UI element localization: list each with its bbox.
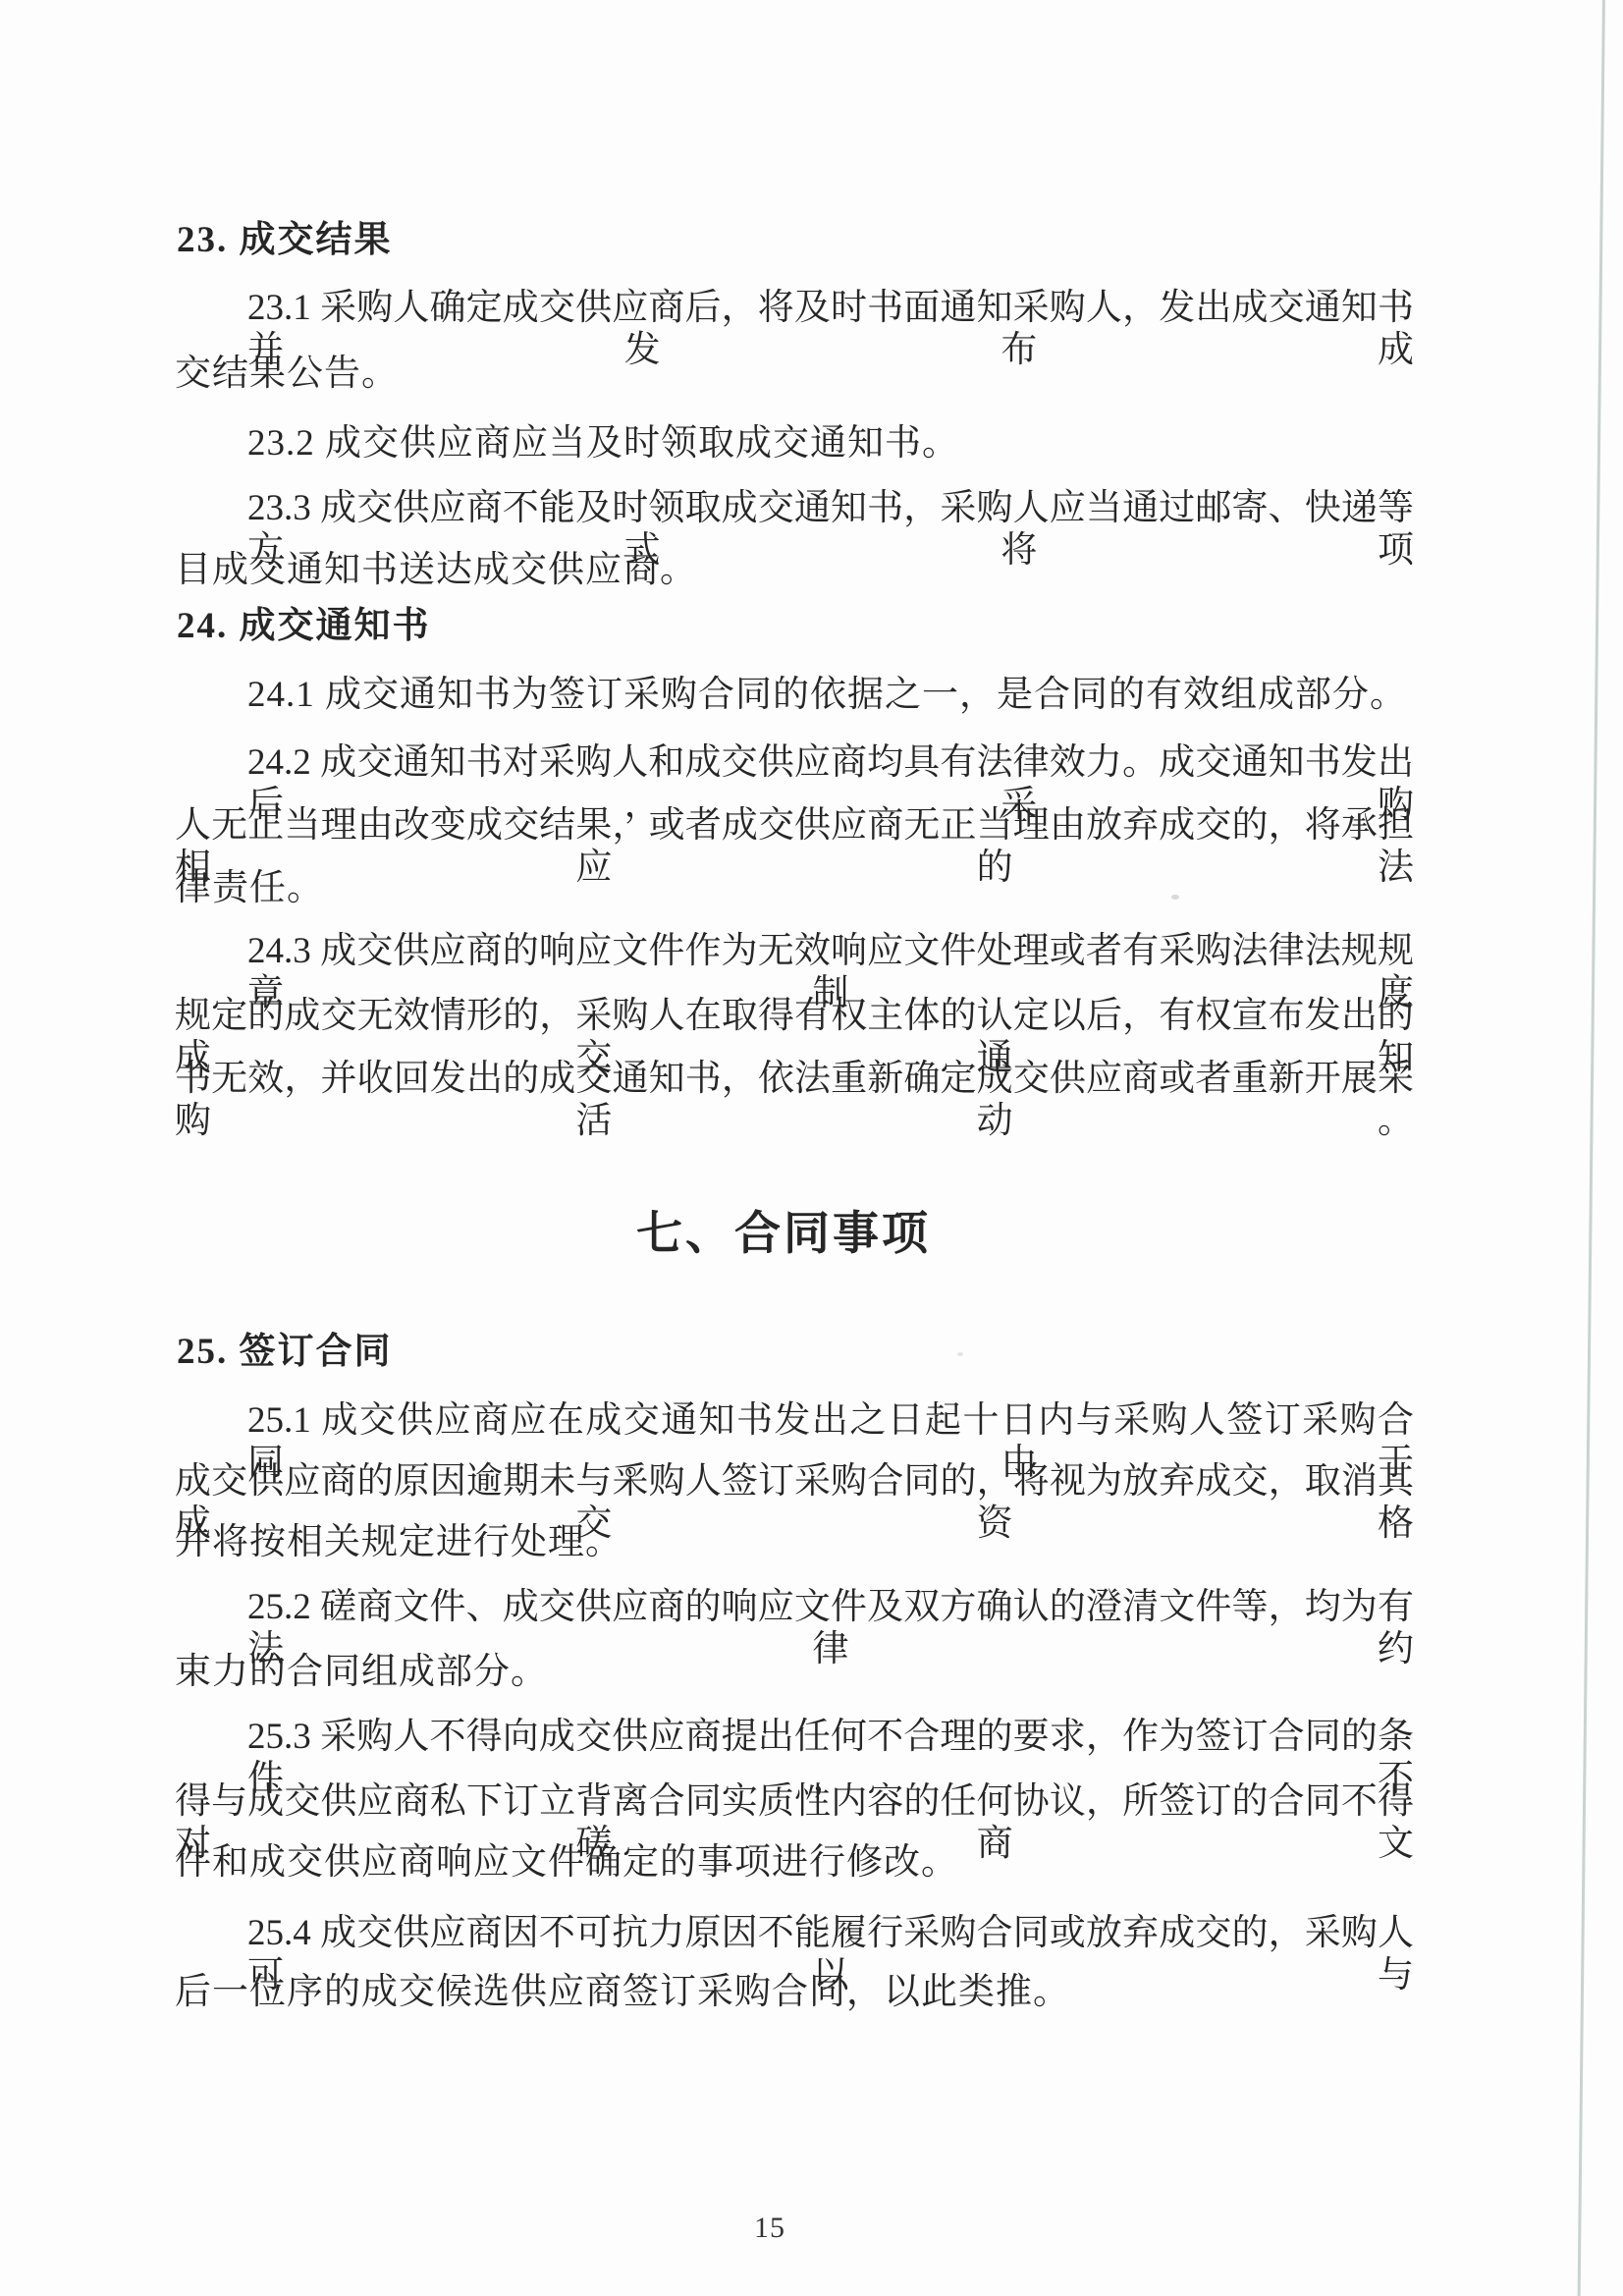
paragraph-line: 23.1 采购人确定成交供应商后，将及时书面通知采购人，发出成交通知书并发布成 <box>247 288 1414 371</box>
paragraph-line: 并将按相关规定进行处理。 <box>175 1522 622 1564</box>
scan-speck <box>957 1352 963 1356</box>
section-heading-23: 23. 成交结果 <box>177 220 393 262</box>
paragraph-line: 23.2 成交供应商应当及时领取成交通知书。 <box>247 423 959 465</box>
paragraph-line: 目成交通知书送达成交供应商。 <box>175 550 697 592</box>
paragraph-line: 后一位序的成交候选供应商签订采购合同，以此类推。 <box>175 1972 1070 2014</box>
chapter-heading: 七、合同事项 <box>175 1210 1392 1261</box>
scanner-edge-artifact <box>1578 0 1605 2296</box>
paragraph-line: 束力的合同组成部分。 <box>175 1652 548 1694</box>
paragraph-line: 书无效，并收回发出的成交通知书，依法重新确定成交供应商或者重新开展采购活动。 <box>175 1059 1414 1142</box>
scan-speck <box>1171 895 1179 900</box>
page-number: 15 <box>754 2212 785 2245</box>
section-heading-24: 24. 成交通知书 <box>177 606 431 648</box>
paragraph-line: 件和成交供应商响应文件确定的事项进行修改。 <box>175 1842 958 1885</box>
paragraph-line: 24.1 成交通知书为签订采购合同的依据之一，是合同的有效组成部分。 <box>247 675 1407 717</box>
paragraph-line: 交结果公告。 <box>175 354 399 396</box>
paragraph-line: 人无正当理由改变成交结果，或者成交供应商无正当理由放弃成交的，将承担相应的法 <box>175 805 1414 889</box>
section-heading-25: 25. 签订合同 <box>177 1332 393 1374</box>
paragraph-line: 律责任。 <box>175 868 324 910</box>
document-page: 23. 成交结果 23.1 采购人确定成交供应商后，将及时书面通知采购人，发出成… <box>0 0 1623 2296</box>
